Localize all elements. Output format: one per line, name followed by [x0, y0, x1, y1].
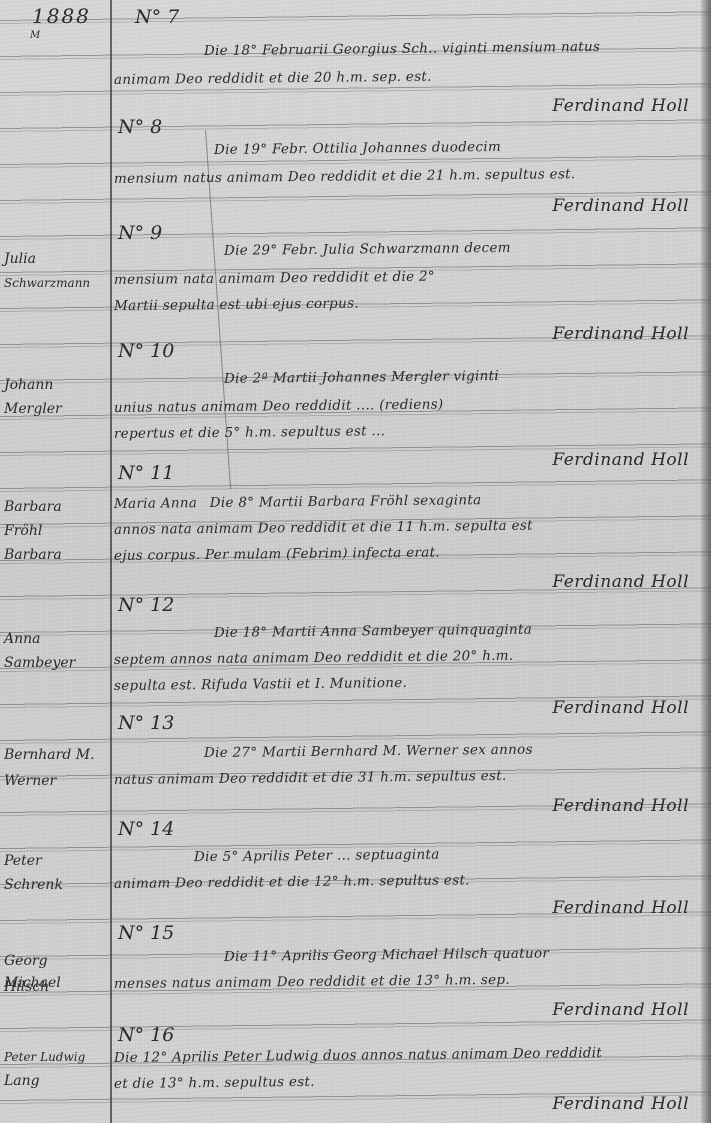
entry-line: Die 18° Martii Anna Sambeyer quinquagint… [114, 619, 711, 642]
entry-line: Die 27° Martii Bernhard M. Werner sex an… [114, 739, 711, 762]
entry-line: repertus et die 5° h.m. sepultus est ... [114, 420, 699, 442]
entry-number: N° 8 [118, 116, 162, 138]
register-year: 1888 [32, 4, 91, 28]
margin-name-line: Peter Ludwig [4, 1046, 108, 1068]
entry-line: Martii sepulta est ubi ejus corpus. [114, 292, 699, 314]
entry-line: ejus corpus. Per mulam (Febrim) infecta … [114, 542, 699, 564]
margin-name-line: Sambeyer [4, 652, 108, 674]
entry-line: et die 13° h.m. sepultus est. [114, 1070, 699, 1092]
year-note: M [30, 30, 40, 41]
priest-signature: Ferdinand Holl [552, 698, 689, 718]
margin-name-line: Werner [4, 770, 108, 792]
margin-name-line: Johann [4, 374, 108, 396]
entry-line: Die 19° Febr. Ottilia Johannes duodecim [114, 136, 711, 159]
margin-name-line: Schwarzmann [4, 272, 108, 294]
entry-number: N° 16 [118, 1024, 174, 1046]
entry-number: N° 12 [118, 594, 174, 616]
priest-signature: Ferdinand Holl [552, 796, 689, 816]
entry-line: Die 12° Aprilis Peter Ludwig duos annos … [114, 1044, 699, 1066]
entry-number: N° 13 [118, 712, 174, 734]
entry-line: septem annos nata animam Deo reddidit et… [114, 646, 699, 668]
margin-name-line: Barbara [4, 496, 108, 518]
margin-name-line: Hilsch [4, 976, 108, 998]
entry-line: Die 11° Aprilis Georg Michael Hilsch qua… [114, 943, 711, 966]
priest-signature: Ferdinand Holl [552, 898, 689, 918]
priest-signature: Ferdinand Holl [552, 1094, 689, 1114]
register-page: 1888 M N° 7 Die 18° Februarii Georgius S… [0, 0, 711, 1123]
priest-signature: Ferdinand Holl [552, 450, 689, 470]
margin-name-line: Peter [4, 850, 108, 872]
entry-number: N° 9 [118, 222, 162, 244]
entry-line: sepulta est. Rifuda Vastii et I. Munitio… [114, 672, 699, 694]
margin-name-line: Anna [4, 628, 108, 650]
margin-name-line: Fröhl [4, 520, 108, 542]
margin-name-line: Bernhard M. [4, 744, 108, 766]
entry-line: animam Deo reddidit et die 20 h.m. sep. … [114, 66, 699, 88]
margin-name-line: Lang [4, 1070, 108, 1092]
entry-line: Maria Anna Die 8° Martii Barbara Fröhl s… [114, 490, 699, 512]
entry-line: menses natus animam Deo reddidit et die … [114, 970, 699, 992]
priest-signature: Ferdinand Holl [552, 1000, 689, 1020]
entry-number: N° 11 [118, 462, 174, 484]
priest-signature: Ferdinand Holl [552, 324, 689, 344]
entry-line: Die 29° Febr. Julia Schwarzmann decem [114, 237, 711, 260]
entry-number: N° 7 [135, 6, 179, 28]
entry-line: annos nata animam Deo reddidit et die 11… [114, 516, 699, 538]
margin-name-line: Barbara [4, 544, 108, 566]
entry-line: Die 5° Aprilis Peter ... septuaginta [114, 843, 711, 866]
margin-extra-name: Maria Anna [114, 495, 197, 512]
entry-line: unius natus animam Deo reddidit .... (re… [114, 394, 699, 416]
priest-signature: Ferdinand Holl [552, 96, 689, 116]
margin-rule [110, 0, 112, 1123]
entry-line-text: Die 8° Martii Barbara Fröhl sexaginta [202, 492, 482, 511]
entry-line: Die 18° Februarii Georgius Sch.. viginti… [114, 37, 711, 60]
entry-line: natus animam Deo reddidit et die 31 h.m.… [114, 766, 699, 788]
entry-number: N° 10 [118, 340, 174, 362]
entry-line: animam Deo reddidit et die 12° h.m. sepu… [114, 870, 699, 892]
entry-line: mensium natus animam Deo reddidit et die… [114, 165, 699, 187]
margin-name-line: Mergler [4, 398, 108, 420]
entry-line: Die 2ª Martii Johannes Mergler viginti [114, 365, 711, 388]
entry-number: N° 14 [118, 818, 174, 840]
margin-name-line: Julia [4, 248, 108, 270]
entry-line: mensium nata animam Deo reddidit et die … [114, 266, 699, 288]
margin-name-line: Schrenk [4, 874, 108, 896]
entry-number: N° 15 [118, 922, 174, 944]
priest-signature: Ferdinand Holl [552, 572, 689, 592]
priest-signature: Ferdinand Holl [552, 196, 689, 216]
